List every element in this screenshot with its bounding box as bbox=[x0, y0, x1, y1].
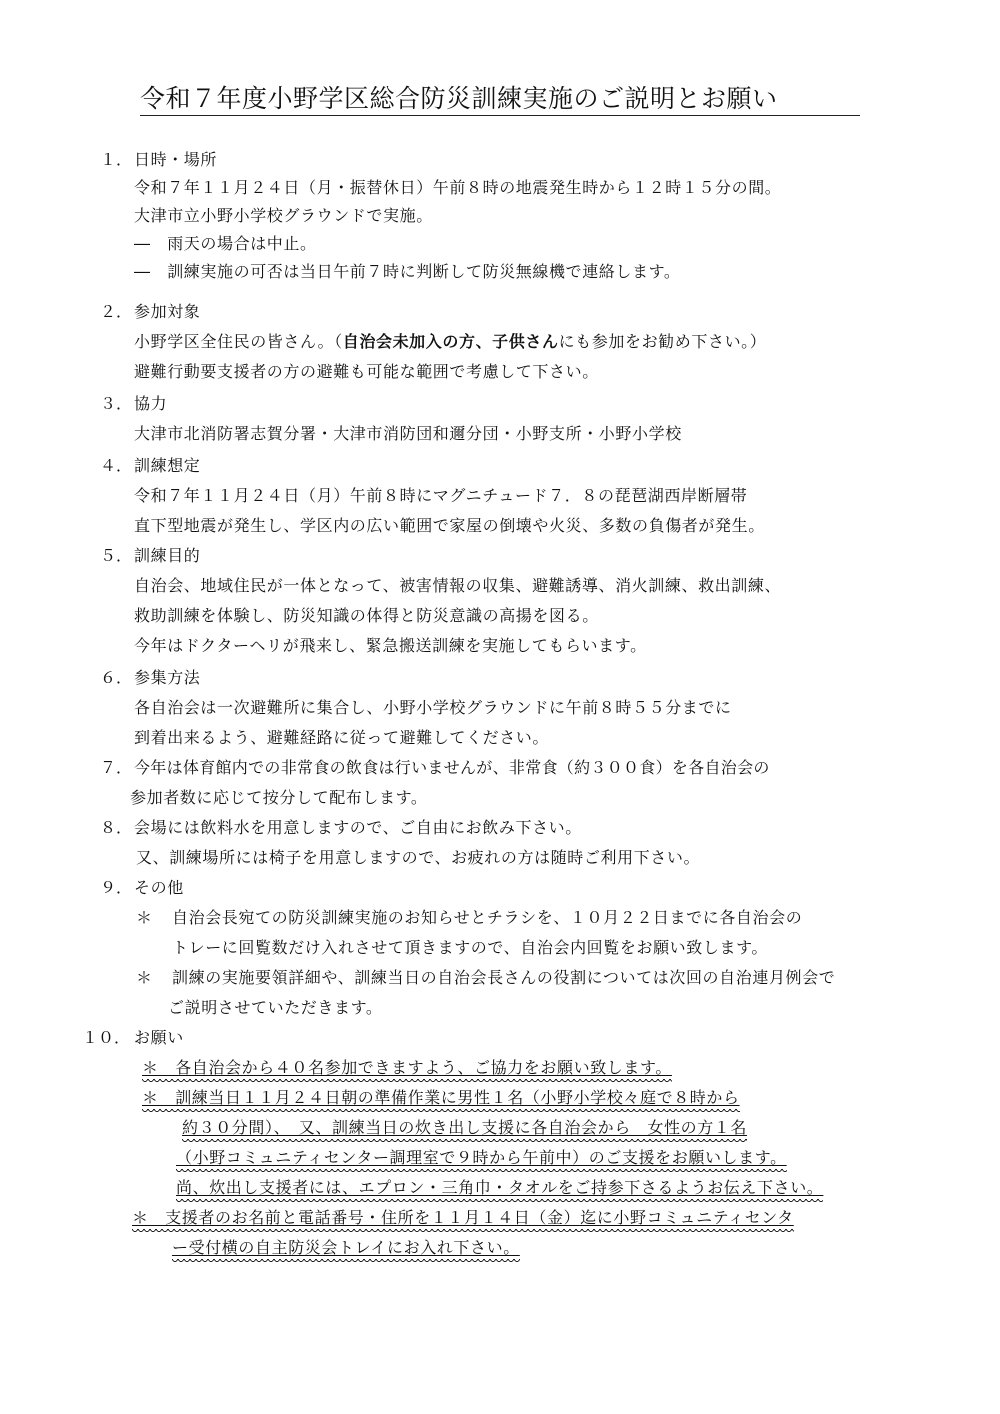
section-line: 各自治会は一次避難所に集合し、小野小学校グラウンドに午前８時５５分までに bbox=[134, 698, 732, 718]
section-heading: 協力 bbox=[134, 394, 167, 414]
section-line: 自治会、地域住民が一体となって、被害情報の収集、避難誘導、消火訓練、救出訓練、 bbox=[134, 576, 781, 596]
section-line: 直下型地震が発生し、学区内の広い範囲で家屋の倒壊や火災、多数の負傷者が発生。 bbox=[134, 516, 765, 536]
underlined-text: 尚、炊出し支援者には、エプロン・三角巾・タオルをご持参下さるようお伝え下さい。 bbox=[176, 1178, 823, 1198]
section-number: ６． bbox=[100, 668, 132, 688]
section-line: 到着出来るよう、避難経路に従って避難してください。 bbox=[134, 728, 549, 748]
bullet-mark: ＊ bbox=[136, 908, 153, 928]
section-heading: 日時・場所 bbox=[134, 150, 217, 170]
section-line: 参加者数に応じて按分して配布します。 bbox=[130, 788, 428, 808]
section-heading: 参集方法 bbox=[134, 668, 200, 688]
section-line: 今年はドクターヘリが飛来し、緊急搬送訓練を実施してもらいます。 bbox=[134, 636, 647, 656]
document-title: 令和７年度小野学区総合防災訓練実施のご説明とお願い bbox=[140, 84, 860, 116]
section-number: ７． bbox=[100, 758, 132, 778]
section-heading: 訓練目的 bbox=[134, 546, 200, 566]
section-line: 大津市北消防署志賀分署・大津市消防団和邇分団・小野支所・小野小学校 bbox=[134, 424, 682, 444]
section-line: 救助訓練を体験し、防災知識の体得と防災意識の高揚を図る。 bbox=[134, 606, 599, 626]
section-number: ２． bbox=[100, 302, 132, 322]
bullet-mark: ＊ bbox=[136, 968, 153, 988]
section-number: ９． bbox=[100, 878, 132, 898]
request-line: 尚、炊出し支援者には、エプロン・三角巾・タオルをご持参下さるようお伝え下さい。 bbox=[176, 1178, 823, 1198]
bullet-line: 訓練の実施要領詳細や、訓練当日の自治会長さんの役割については次回の自治連月例会で bbox=[172, 968, 835, 988]
underlined-text: ー受付横の自主防災会トレイにお入れ下さい。 bbox=[172, 1238, 520, 1258]
text-normal: にも参加をお勧め下さい。） bbox=[559, 332, 767, 351]
underlined-text: ＊ 各自治会から４０名参加できますよう、ご協力をお願い致します。 bbox=[142, 1058, 672, 1078]
bullet-line: トレーに回覧数だけ入れさせて頂きますので、自治会内回覧をお願い致します。 bbox=[172, 938, 768, 958]
section-number: ３． bbox=[100, 394, 132, 414]
section-heading: 会場には飲料水を用意しますので、ご自由にお飲み下さい。 bbox=[134, 818, 582, 838]
bullet-line: 自治会長宛ての防災訓練実施のお知らせとチラシを、１０月２２日までに各自治会の bbox=[172, 908, 802, 928]
text-emphasis: 自治会未加入の方、子供さん bbox=[343, 332, 559, 351]
section-line: 小野学区全住民の皆さん。（自治会未加入の方、子供さんにも参加をお勧め下さい。） bbox=[134, 332, 766, 352]
section-line: 避難行動要支援者の方の避難も可能な範囲で考慮して下さい。 bbox=[134, 362, 599, 382]
section-line: 大津市立小野小学校グラウンドで実施。 bbox=[134, 206, 433, 226]
section-line: 令和７年１１月２４日（月・振替休日）午前８時の地震発生時から１２時１５分の間。 bbox=[134, 178, 781, 198]
section-heading: 今年は体育館内での非常食の飲食は行いませんが、非常食（約３００食）を各自治会の bbox=[134, 758, 770, 778]
request-line: ＊ 各自治会から４０名参加できますよう、ご協力をお願い致します。 bbox=[142, 1058, 672, 1078]
request-line: （小野コミュニティセンター調理室で９時から午前中）のご支援をお願いします。 bbox=[176, 1148, 787, 1168]
section-number: １０． bbox=[82, 1028, 130, 1048]
request-line: ＊ 支援者のお名前と電話番号・住所を１１月１４日（金）迄に小野コミュニティセンタ bbox=[132, 1208, 794, 1228]
section-number: ４． bbox=[100, 456, 132, 476]
section-heading: お願い bbox=[134, 1028, 184, 1048]
section-line: 又、訓練場所には椅子を用意しますので、お疲れの方は随時ご利用下さい。 bbox=[136, 848, 700, 868]
underlined-text: （小野コミュニティセンター調理室で９時から午前中）のご支援をお願いします。 bbox=[176, 1148, 787, 1168]
section-heading: その他 bbox=[134, 878, 184, 898]
request-line: ＊ 訓練当日１１月２４日朝の準備作業に男性１名（小野小学校々庭で８時から bbox=[142, 1088, 740, 1108]
text-normal: 小野学区全住民の皆さん。（ bbox=[134, 332, 343, 351]
section-line: 令和７年１１月２４日（月）午前８時にマグニチュード７．８の琵琶湖西岸断層帯 bbox=[134, 486, 747, 506]
request-line: ー受付横の自主防災会トレイにお入れ下さい。 bbox=[172, 1238, 520, 1258]
request-line: 約３０分間）、 又、訓練当日の炊き出し支援に各自治会から 女性の方１名 bbox=[182, 1118, 747, 1138]
bullet-line: ご説明させていただきます。 bbox=[168, 998, 383, 1018]
section-heading: 参加対象 bbox=[134, 302, 200, 322]
section-number: ８． bbox=[100, 818, 132, 838]
section-heading: 訓練想定 bbox=[134, 456, 200, 476]
section-number: １． bbox=[100, 150, 132, 170]
underlined-text: ＊ 訓練当日１１月２４日朝の準備作業に男性１名（小野小学校々庭で８時から bbox=[142, 1088, 740, 1108]
underlined-text: ＊ 支援者のお名前と電話番号・住所を１１月１４日（金）迄に小野コミュニティセンタ bbox=[132, 1208, 794, 1228]
underlined-text: 約３０分間）、 又、訓練当日の炊き出し支援に各自治会から 女性の方１名 bbox=[182, 1118, 747, 1138]
section-line: ― 雨天の場合は中止。 bbox=[134, 234, 317, 254]
section-number: ５． bbox=[100, 546, 132, 566]
section-line: ― 訓練実施の可否は当日午前７時に判断して防災無線機で連絡します。 bbox=[134, 262, 681, 282]
